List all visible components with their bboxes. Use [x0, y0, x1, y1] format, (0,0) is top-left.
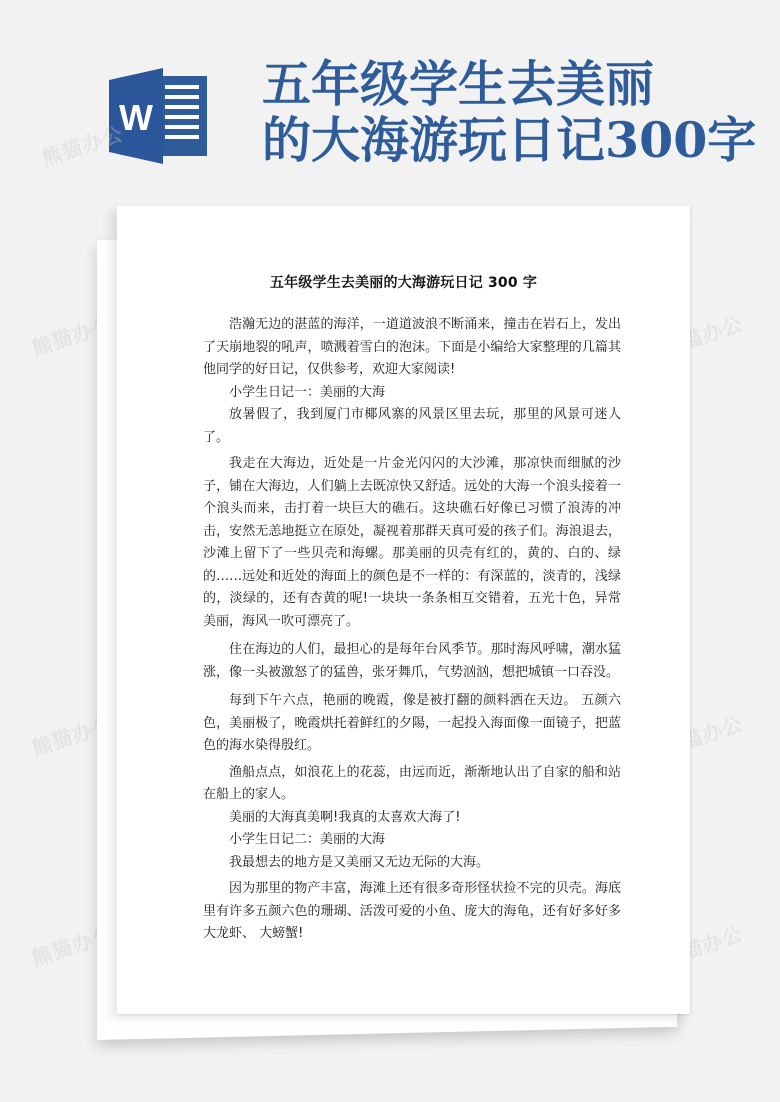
paragraph: 我最想去的地方是又美丽又无边无际的大海。 — [203, 852, 621, 875]
svg-text:W: W — [119, 97, 153, 138]
paragraph: 放暑假了，我到厦门市椰风寨的风景区里去玩，那里的风景可迷人了。 — [203, 404, 621, 449]
paragraph: 渔船点点，如浪花上的花蕊，由远而近，渐渐地认出了自家的船和站在船上的家人。 — [203, 762, 621, 807]
paragraph: 因为那里的物产丰富，海滩上还有很多奇形怪状捡不完的贝壳。海底里有许多五颜六色的珊… — [203, 878, 621, 946]
hero-title-line-2: 的大海游玩日记300字 — [262, 112, 756, 168]
hero-title-line-1: 五年级学生去美丽 — [262, 56, 756, 112]
document-body: 浩瀚无边的湛蓝的海洋，一道道波浪不断涌来，撞击在岩石上，发出了天崩地裂的吼声，喷… — [203, 314, 621, 946]
diary-heading-2: 小学生日记二：美丽的大海 — [203, 829, 621, 852]
paragraph: 美丽的大海真美啊!我真的太喜欢大海了! — [203, 807, 621, 830]
word-document-icon: W — [107, 68, 211, 164]
paragraph-intro: 浩瀚无边的湛蓝的海洋，一道道波浪不断涌来，撞击在岩石上，发出了天崩地裂的吼声，喷… — [203, 314, 621, 382]
diary-heading-1: 小学生日记一：美丽的大海 — [203, 382, 621, 405]
document-title: 五年级学生去美丽的大海游玩日记 300 字 — [117, 272, 690, 292]
hero-title: 五年级学生去美丽 的大海游玩日记300字 — [262, 56, 756, 168]
header-banner: W 五年级学生去美丽 的大海游玩日记300字 — [0, 0, 780, 190]
paragraph: 每到下午六点，艳丽的晚霞，像是被打翻的颜料洒在天边。 五颜六色，美丽极了，晚霞烘… — [203, 690, 621, 758]
paragraph: 我走在大海边，近处是一片金光闪闪的大沙滩，那凉快而细腻的沙子，铺在大海边，人们躺… — [203, 453, 621, 633]
document-page: 五年级学生去美丽的大海游玩日记 300 字 浩瀚无边的湛蓝的海洋，一道道波浪不断… — [117, 206, 690, 1014]
paragraph: 住在海边的人们，最担心的是每年台风季节。那时海风呼啸，潮水猛涨，像一头被激怒了的… — [203, 639, 621, 684]
